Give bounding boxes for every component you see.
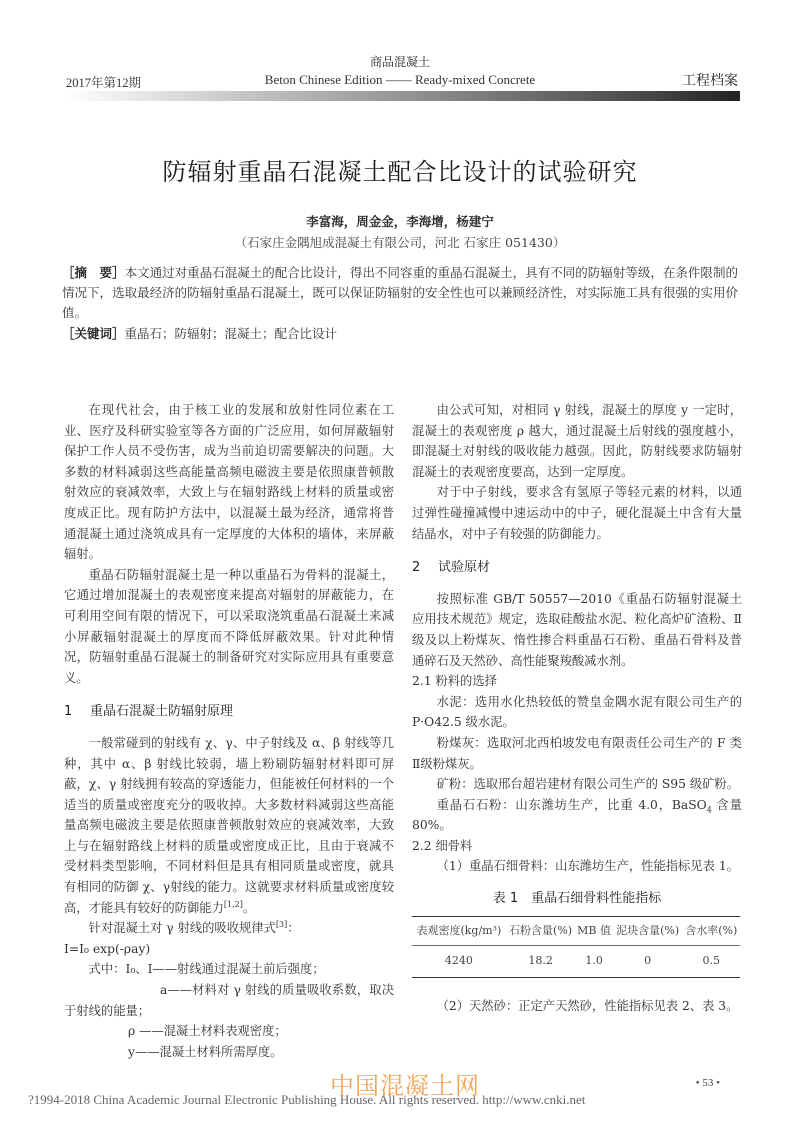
abstract-label: ［摘 要］ xyxy=(62,265,125,280)
journal-name: 商品混凝土 xyxy=(0,53,800,70)
section-2-paragraph: 按照标准 GB/T 50557—2010《重晶石防辐射混凝土应用技术规范》规定，… xyxy=(412,589,742,671)
table-cell: 18.2 xyxy=(506,946,576,978)
table-header: 含水率(%) xyxy=(682,916,740,946)
table-header-row: 表观密度(kg/m³) 石粉含量(%) MB 值 泥块含量(%) 含水率(%) xyxy=(412,916,740,946)
subsection-2-2-title: 2.2 细骨料 xyxy=(412,836,742,857)
page-number: • 53 • xyxy=(696,1077,720,1089)
intro-paragraph-2: 重晶石防辐射混凝土是一种以重晶石为骨料的混凝土，它通过增加混凝土的表观密度来提高… xyxy=(64,565,394,689)
article-title: 防辐射重晶石混凝土配合比设计的试验研究 xyxy=(0,152,800,187)
table-1: 表观密度(kg/m³) 石粉含量(%) MB 值 泥块含量(%) 含水率(%) … xyxy=(412,916,740,978)
cement-paragraph: 水泥：选用水化热较低的赞皇金隅水泥有限公司生产的 P·O42.5 级水泥。 xyxy=(412,692,742,733)
section-1-paragraph-1: 一般常碰到的射线有 χ、γ、中子射线及 α、β 射线等几种，其中 α、β 射线比… xyxy=(64,733,394,918)
table-cell: 0.5 xyxy=(682,946,740,978)
definition-absorption: a——材料对 γ 射线的质量吸收系数，取决于射线的能量； xyxy=(64,980,394,1021)
table-1-title: 表 1 重晶石细骨料性能指标 xyxy=(412,889,742,910)
section-1-title: 重晶石混凝土防辐射原理 xyxy=(90,704,233,719)
table-header: 泥块含量(%) xyxy=(613,916,683,946)
barite-text: 重晶石石粉：山东潍坊生产，比重 4.0，BaSO xyxy=(437,798,707,812)
right-column: 由公式可知，对相同 γ 射线，混凝土的厚度 y 一定时，混凝土的表观密度 ρ 越… xyxy=(412,400,742,1016)
section-1-number: 1 xyxy=(64,702,90,723)
barite-powder-paragraph: 重晶石石粉：山东潍坊生产，比重 4.0，BaSO4 含量 80%。 xyxy=(412,795,742,836)
abstract-text: 本文通过对重晶石混凝土的配合比设计，得出不同容重的重晶石混凝土，具有不同的防辐射… xyxy=(62,265,738,320)
table-cell: 0 xyxy=(613,946,683,978)
definition-thickness: y——混凝土材料所需厚度。 xyxy=(64,1042,394,1063)
intro-paragraph-1: 在现代社会，由于核工业的发展和放射性同位素在工业、医疗及科研实验室等各方面的广泛… xyxy=(64,400,394,565)
formula-explanation: 由公式可知，对相同 γ 射线，混凝土的厚度 y 一定时，混凝土的表观密度 ρ 越… xyxy=(412,400,742,482)
keywords: ［关键词］重晶石；防辐射；混凝土；配合比设计 xyxy=(62,324,738,344)
section-2-number: 2 xyxy=(412,558,438,579)
citation-ref: [1,2] xyxy=(224,900,243,909)
fine-aggregate-1: （1）重晶石细骨料：山东潍坊生产，性能指标见表 1。 xyxy=(412,856,742,877)
section-2-heading: 2试验原材 xyxy=(412,558,742,579)
s1-p1-text: 一般常碰到的射线有 χ、γ、中子射线及 α、β 射线等几种，其中 α、β 射线比… xyxy=(64,736,394,915)
table-header: 表观密度(kg/m³) xyxy=(412,916,506,946)
subsection-2-1-title: 2.1 粉料的选择 xyxy=(412,671,742,692)
article-authors: 李富海，周金金，李海增，杨建宁 xyxy=(0,212,800,230)
neutron-paragraph: 对于中子射线，要求含有氢原子等轻元素的材料，以通过弹性碰撞减慢中速运动中的中子，… xyxy=(412,482,742,544)
keywords-text: 重晶石；防辐射；混凝土；配合比设计 xyxy=(125,326,338,341)
flyash-paragraph: 粉煤灰：选取河北西柏坡发电有限责任公司生产的 F 类Ⅱ级粉煤灰。 xyxy=(412,733,742,774)
table-row: 4240 18.2 1.0 0 0.5 xyxy=(412,946,740,978)
s1-p1-end: 。 xyxy=(243,901,255,915)
table-cell: 1.0 xyxy=(575,946,612,978)
article-affiliation: （石家庄金隅旭成混凝土有限公司，河北 石家庄 051430） xyxy=(0,233,800,251)
table-header: 石粉含量(%) xyxy=(506,916,576,946)
definition-density: ρ ——混凝土材料表观密度； xyxy=(64,1021,394,1042)
s1-p2-text: 针对混凝土对 γ 射线的吸收规律式 xyxy=(89,921,276,935)
definition-intensity: 式中：I₀、I——射线通过混凝土前后强度； xyxy=(64,959,394,980)
copyright-notice: ?1994-2018 China Academic Journal Electr… xyxy=(28,1092,585,1108)
watermark: 中国混凝土网 xyxy=(330,1066,480,1101)
edition-label: Beton Chinese Edition —— Ready-mixed Con… xyxy=(0,72,800,88)
slag-paragraph: 矿粉：选取邢台超岩建材有限公司生产的 S95 级矿粉。 xyxy=(412,774,742,795)
formula: I=I₀ exp(-ρay) xyxy=(64,939,394,960)
section-1-heading: 1重晶石混凝土防辐射原理 xyxy=(64,702,394,723)
section-2-title: 试验原材 xyxy=(438,560,490,575)
table-cell: 4240 xyxy=(412,946,506,978)
section-label: 工程档案 xyxy=(682,70,738,90)
left-column: 在现代社会，由于核工业的发展和放射性同位素在工业、医疗及科研实验室等各方面的广泛… xyxy=(64,400,394,1062)
abstract: ［摘 要］本文通过对重晶石混凝土的配合比设计，得出不同容重的重晶石混凝土，具有不… xyxy=(62,263,738,323)
keywords-label: ［关键词］ xyxy=(62,326,125,341)
header-gradient-bar xyxy=(66,91,740,101)
s1-p2-end: ： xyxy=(287,921,299,935)
fine-aggregate-2: （2）天然砂：正定产天然砂，性能指标见表 2、表 3。 xyxy=(412,996,742,1017)
section-1-paragraph-2: 针对混凝土对 γ 射线的吸收规律式[3]： xyxy=(64,918,394,939)
citation-ref: [3] xyxy=(276,920,287,929)
table-header: MB 值 xyxy=(575,916,612,946)
